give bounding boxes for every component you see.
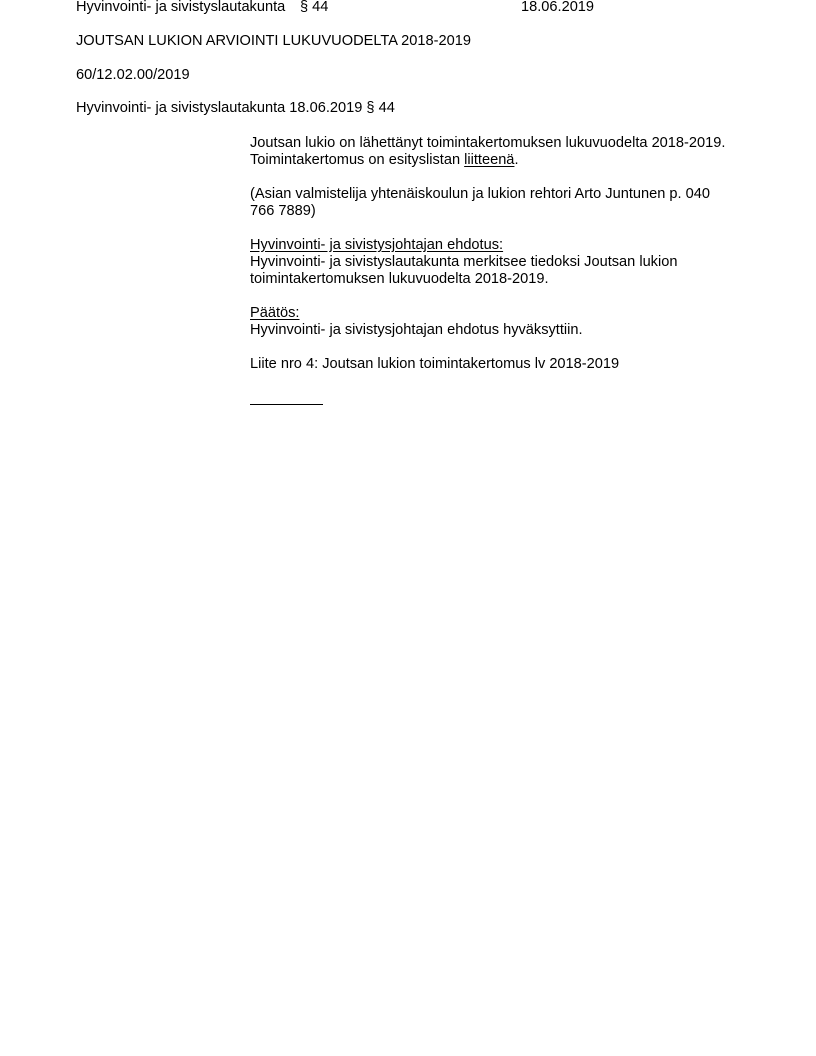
meeting-reference: Hyvinvointi- ja sivistyslautakunta 18.06…	[76, 100, 395, 117]
case-number: 60/12.02.00/2019	[76, 67, 190, 84]
closing-divider	[250, 390, 323, 405]
attachment-link[interactable]: liitteenä	[464, 152, 514, 168]
decision-text: Hyvinvointi- ja sivistysjohtajan ehdotus…	[250, 322, 740, 339]
header-section-number: § 44	[300, 0, 328, 16]
intro-paragraph: Joutsan lukio on lähettänyt toimintakert…	[250, 135, 740, 169]
preparer-line-1: (Asian valmistelija yhtenäiskoulun ja lu…	[250, 186, 740, 203]
proposal-line-1: Hyvinvointi- ja sivistyslautakunta merki…	[250, 254, 740, 271]
intro-line-2-suffix: .	[514, 152, 518, 168]
decision-heading: Päätös:	[250, 305, 300, 322]
proposal-heading: Hyvinvointi- ja sivistysjohtajan ehdotus…	[250, 237, 503, 254]
proposal-line-2: toimintakertomuksen lukuvuodelta 2018-20…	[250, 271, 740, 288]
proposal-paragraph: Hyvinvointi- ja sivistysjohtajan ehdotus…	[250, 237, 740, 288]
preparer-line-2: 766 7889)	[250, 203, 740, 220]
attachment-text: Liite nro 4: Joutsan lukion toimintakert…	[250, 356, 740, 373]
document-title: JOUTSAN LUKION ARVIOINTI LUKUVUODELTA 20…	[76, 33, 471, 50]
intro-line-1: Joutsan lukio on lähettänyt toimintakert…	[250, 135, 740, 152]
intro-line-2-prefix: Toimintakertomus on esityslistan	[250, 152, 464, 168]
attachment-paragraph: Liite nro 4: Joutsan lukion toimintakert…	[250, 356, 740, 373]
header-date: 18.06.2019	[521, 0, 594, 16]
decision-paragraph: Päätös: Hyvinvointi- ja sivistysjohtajan…	[250, 305, 740, 339]
preparer-paragraph: (Asian valmistelija yhtenäiskoulun ja lu…	[250, 186, 740, 220]
header-committee: Hyvinvointi- ja sivistyslautakunta	[76, 0, 285, 16]
intro-line-2: Toimintakertomus on esityslistan liittee…	[250, 152, 740, 169]
minutes-body: Joutsan lukio on lähettänyt toimintakert…	[250, 135, 740, 405]
